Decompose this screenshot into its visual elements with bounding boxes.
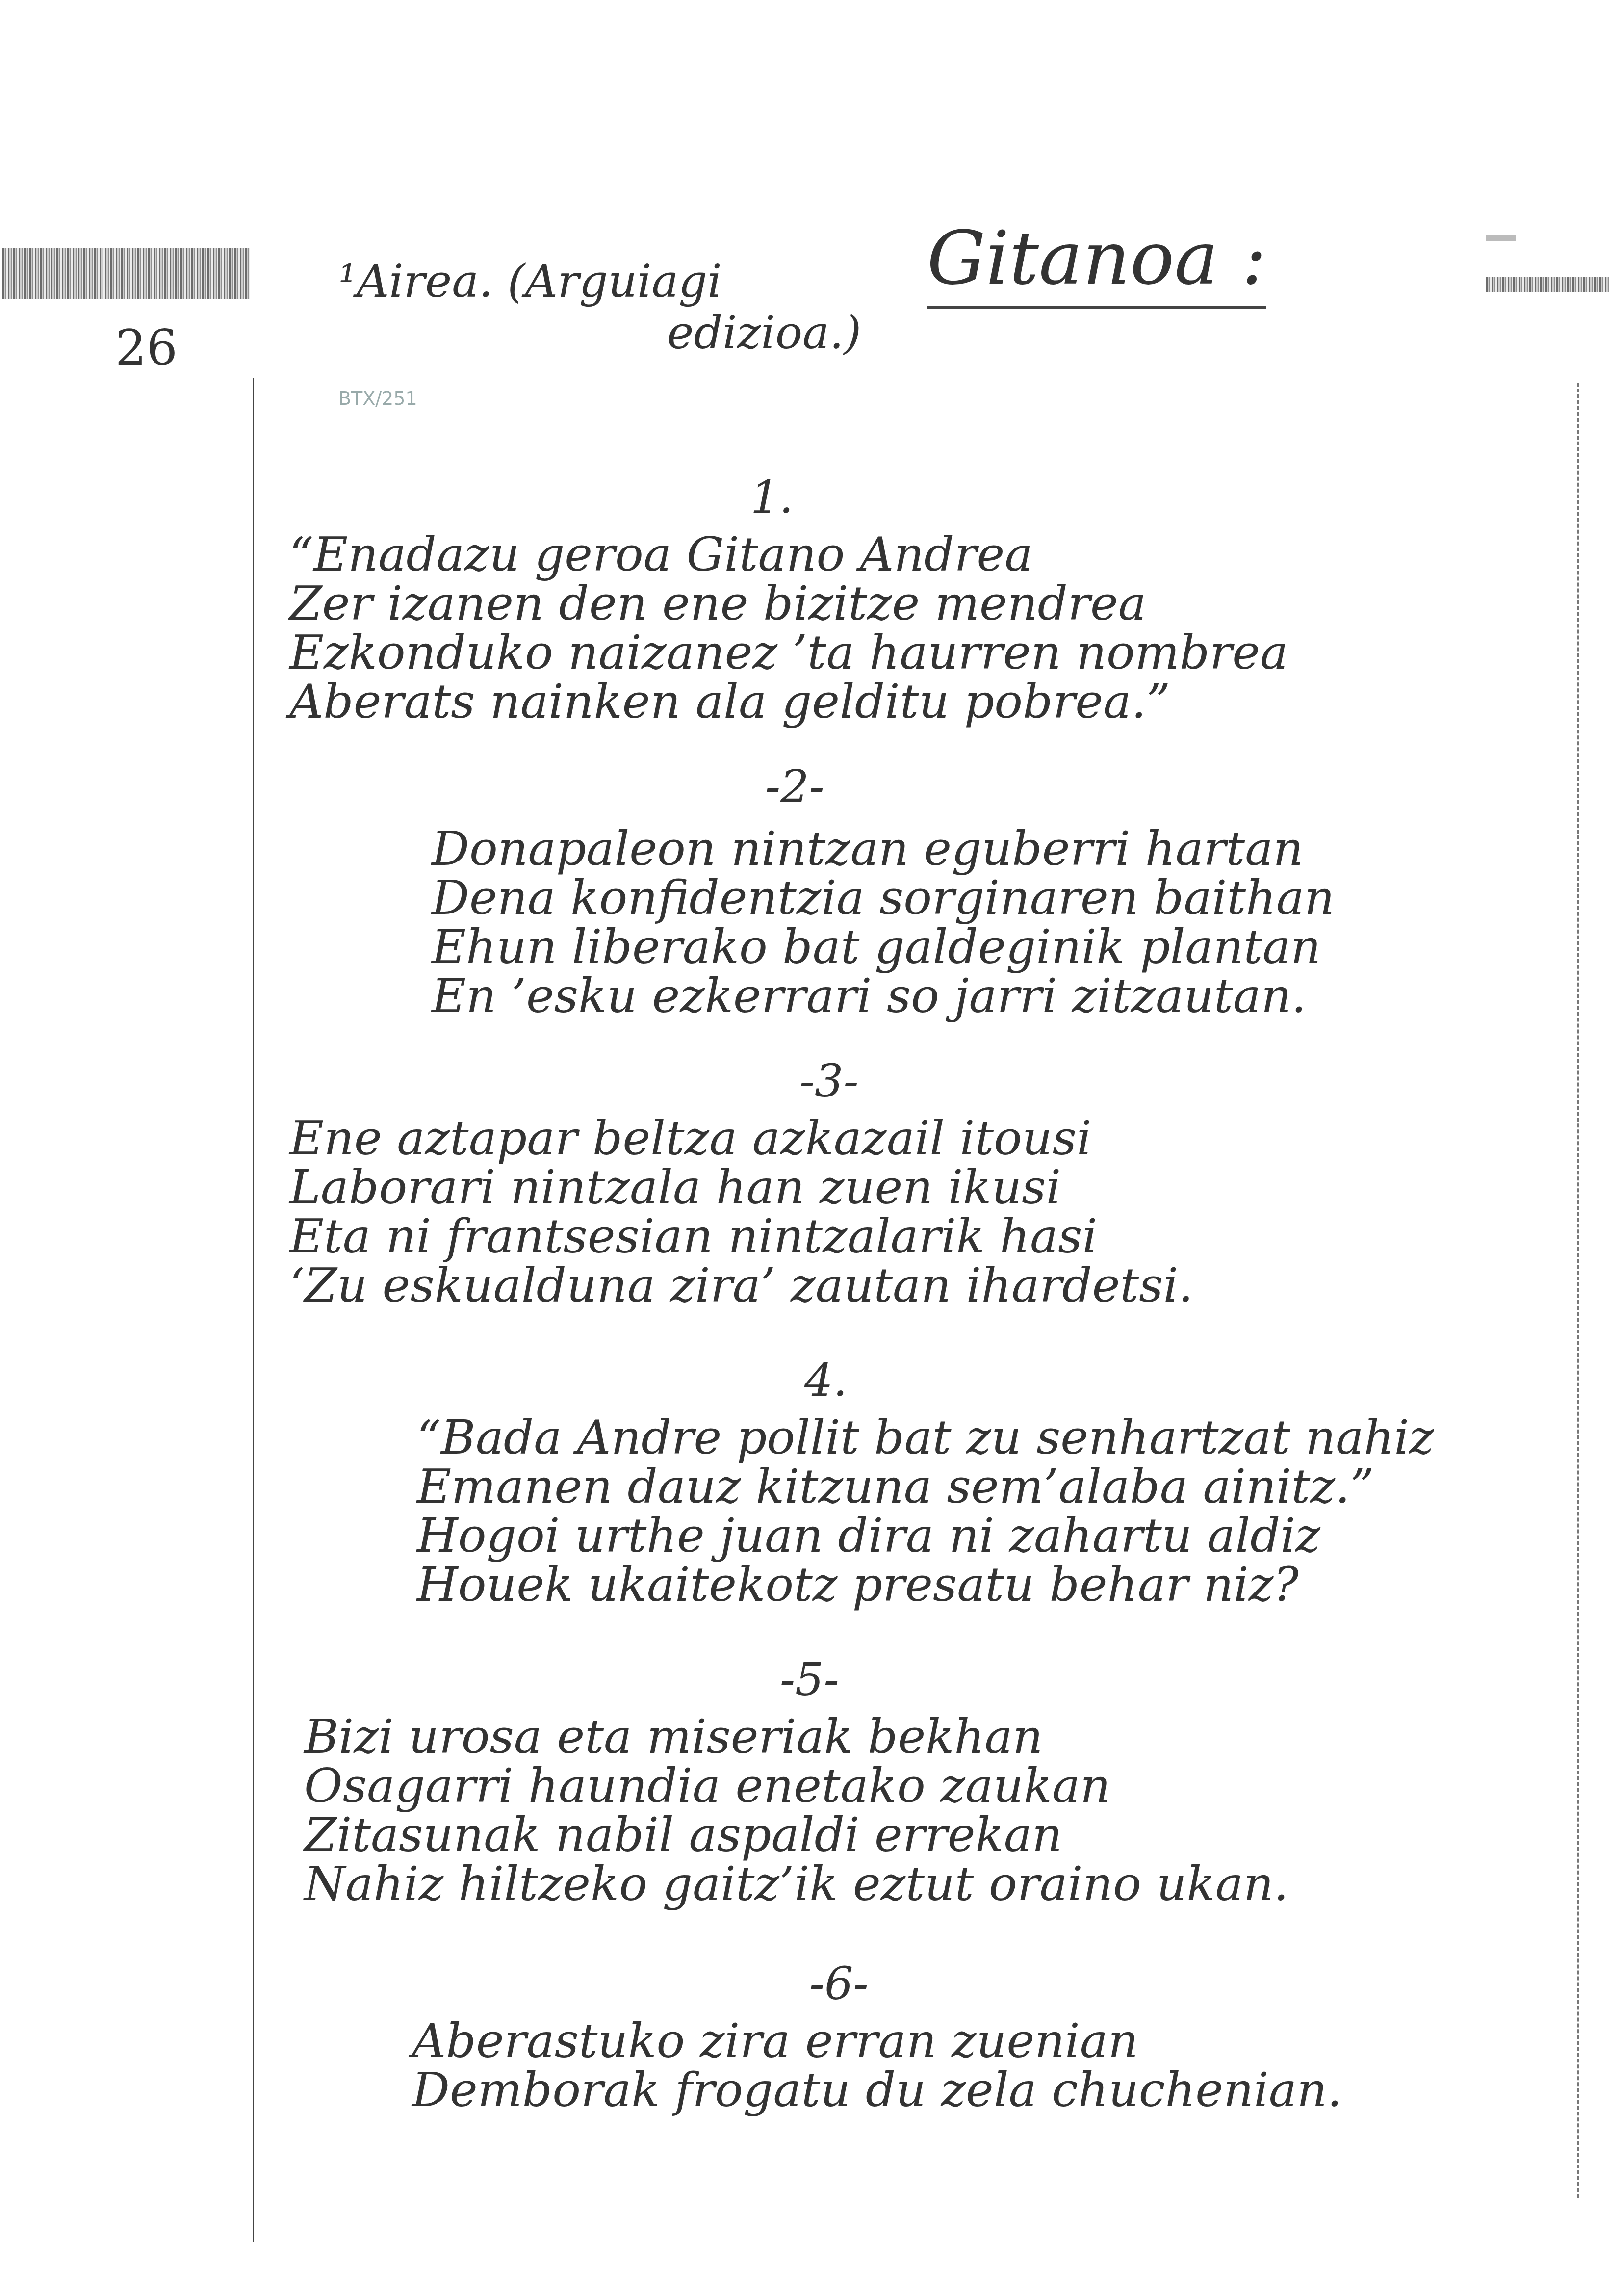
verse-line: Emanen dauz kitzuna sem’alaba ainitz.” (417, 1462, 1434, 1511)
verse-line: Ehun liberako bat galdeginik plantan (432, 922, 1335, 971)
stanza-2: Donapaleon nintzan eguberri hartan Dena … (432, 824, 1335, 1020)
verse-line: Dena konfidentzia sorginaren baithan (432, 873, 1335, 922)
stanza-4: “Bada Andre pollit bat zu senhartzat nah… (417, 1413, 1434, 1609)
verse-line: Ene aztapar beltza azkazail itousi (289, 1114, 1193, 1163)
stanza-number: 4. (804, 1354, 848, 1407)
verse-line: “Enadazu geroa Gitano Andrea (289, 530, 1288, 579)
stanza-5: Bizi urosa eta miseriak bekhan Osagarri … (304, 1712, 1288, 1908)
stanza-number: -5- (780, 1653, 839, 1706)
stanza-1: “Enadazu geroa Gitano Andrea Zer izanen … (289, 530, 1288, 726)
verse-line: Eta ni frantsesian nintzalarik hasi (289, 1212, 1193, 1261)
page-number: 26 (115, 319, 178, 376)
stanza-3: Ene aztapar beltza azkazail itousi Labor… (289, 1114, 1193, 1310)
verse-line: Ezkonduko naizanez ’ta haurren nombrea (289, 628, 1288, 677)
stanza-number: -6- (809, 1957, 869, 2010)
stanza-number: 1. (750, 471, 794, 523)
scan-artifact-right (1486, 277, 1609, 292)
right-margin-line (1577, 383, 1579, 2198)
verse-line: Donapaleon nintzan eguberri hartan (432, 824, 1335, 873)
stanza-6: Aberastuko zira erran zuenian Demborak f… (412, 2016, 1342, 2114)
page-title: Gitanoa : (927, 216, 1266, 309)
archive-stamp: BTX/251 (338, 388, 417, 409)
verse-line: Aberastuko zira erran zuenian (412, 2016, 1342, 2065)
verse-line: Demborak frogatu du zela chuchenian. (412, 2065, 1342, 2114)
verse-line: Aberats nainken ala gelditu pobrea.” (289, 677, 1288, 726)
verse-line: ‘Zu eskualduna zira’ zautan ihardetsi. (289, 1261, 1193, 1310)
air-note-line2: edizioa.) (667, 307, 861, 359)
verse-line: Laborari nintzala han zuen ikusi (289, 1163, 1193, 1212)
verse-line: Hogoi urthe juan dira ni zahartu aldiz (417, 1511, 1434, 1560)
verse-line: Houek ukaitekotz presatu behar niz? (417, 1560, 1434, 1609)
verse-line: Zitasunak nabil aspaldi errekan (304, 1810, 1288, 1859)
verse-line: Osagarri haundia enetako zaukan (304, 1761, 1288, 1810)
verse-line: Bizi urosa eta miseriak bekhan (304, 1712, 1288, 1761)
air-note-line1: ¹Airea. (Arguiagi (338, 255, 722, 308)
verse-line: Zer izanen den ene bizitze mendrea (289, 579, 1288, 628)
left-margin-line (253, 378, 254, 2242)
stanza-number: -3- (799, 1055, 859, 1107)
scan-mark-right (1486, 235, 1516, 241)
scan-artifact-left (2, 248, 250, 299)
verse-line: En ’esku ezkerrari so jarri zitzautan. (432, 971, 1335, 1020)
stanza-number: -2- (765, 760, 824, 813)
verse-line: “Bada Andre pollit bat zu senhartzat nah… (417, 1413, 1434, 1462)
verse-line: Nahiz hiltzeko gaitz’ik eztut oraino uka… (304, 1859, 1288, 1908)
